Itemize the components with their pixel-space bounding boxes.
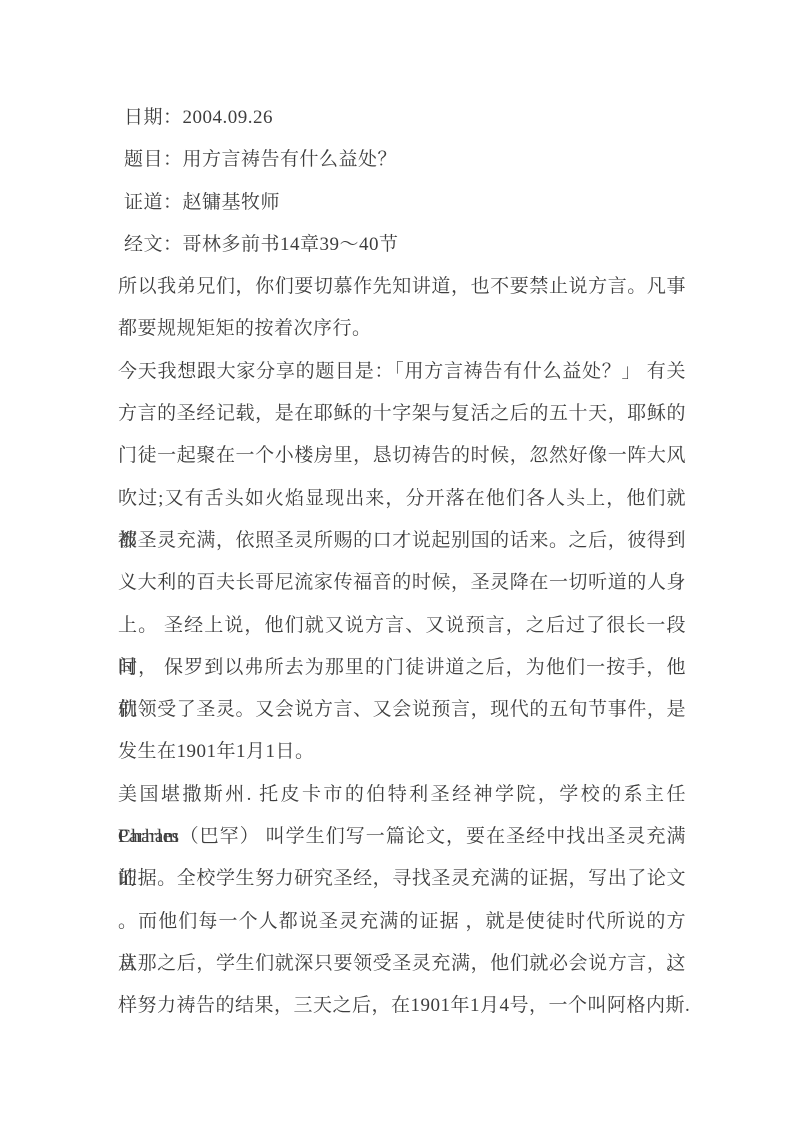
meta-line-preacher: 证道：赵镛基牧师 <box>118 182 686 224</box>
document-page: 日期：2004.09.26 题目：用方言祷告有什么益处？ 证道：赵镛基牧师 经文… <box>0 0 800 1132</box>
meta-line-scripture: 经文：哥林多前书14章39～40节 <box>118 224 686 266</box>
text-line: 吹过;又有舌头如火焰显现出来，分开落在他们各人头上，他们就都 <box>118 478 686 520</box>
text-line: 。而他们每一个人都说圣灵充满的证据 ，就是使徒时代所说的方言。 <box>118 901 686 943</box>
text-line: 今天我想跟大家分享的题目是：「用方言祷告有什么益处？」 有关 <box>118 351 686 393</box>
text-line: 证据。全校学生努力研究圣经，寻找圣灵充满的证据，写出了论文 <box>118 858 686 900</box>
text-line: 美国堪撒斯州. 托皮卡市的伯特利圣经神学院，学校的系主任Charles <box>118 774 686 816</box>
text-line: 就领受了圣灵。又会说方言、又会说预言，现代的五旬节事件，是 <box>118 689 686 731</box>
text-line: 间， 保罗到以弗所去为那里的门徒讲道之后，为他们一按手，他们 <box>118 647 686 689</box>
text-line: 被圣灵充满，依照圣灵所赐的口才说起别国的话来。之后，彼得到 <box>118 520 686 562</box>
meta-line-date: 日期：2004.09.26 <box>118 97 686 139</box>
text-line: Parham（巴罕） 叫学生们写一篇论文，要在圣经中找出圣灵充满的 <box>118 816 686 858</box>
meta-line-title: 题目：用方言祷告有什么益处？ <box>118 139 686 181</box>
text-line: 所以我弟兄们，你们要切慕作先知讲道，也不要禁止说方言。凡事 <box>118 266 686 308</box>
document-body: 日期：2004.09.26 题目：用方言祷告有什么益处？ 证道：赵镛基牧师 经文… <box>118 97 686 1028</box>
text-line: 方言的圣经记载，是在耶稣的十字架与复活之后的五十天，耶稣的 <box>118 393 686 435</box>
text-line: 门徒一起聚在一个小楼房里，恳切祷告的时候，忽然好像一阵大风 <box>118 435 686 477</box>
text-line: 都要规规矩矩的按着次序行。 <box>118 308 686 350</box>
text-line: 从那之后，学生们就深只要领受圣灵充满，他们就必会说方言，这 <box>118 943 686 985</box>
text-line: 样努力祷告的结果，三天之后，在1901年1月4号，一个叫阿格内斯. <box>118 985 686 1027</box>
text-line: 发生在1901年1月1日。 <box>118 731 686 773</box>
text-line: 义大利的百夫长哥尼流家传福音的时候，圣灵降在一切听道的人身 <box>118 562 686 604</box>
text-line: 上。 圣经上说，他们就又说方言、又说预言，之后过了很长一段时 <box>118 605 686 647</box>
